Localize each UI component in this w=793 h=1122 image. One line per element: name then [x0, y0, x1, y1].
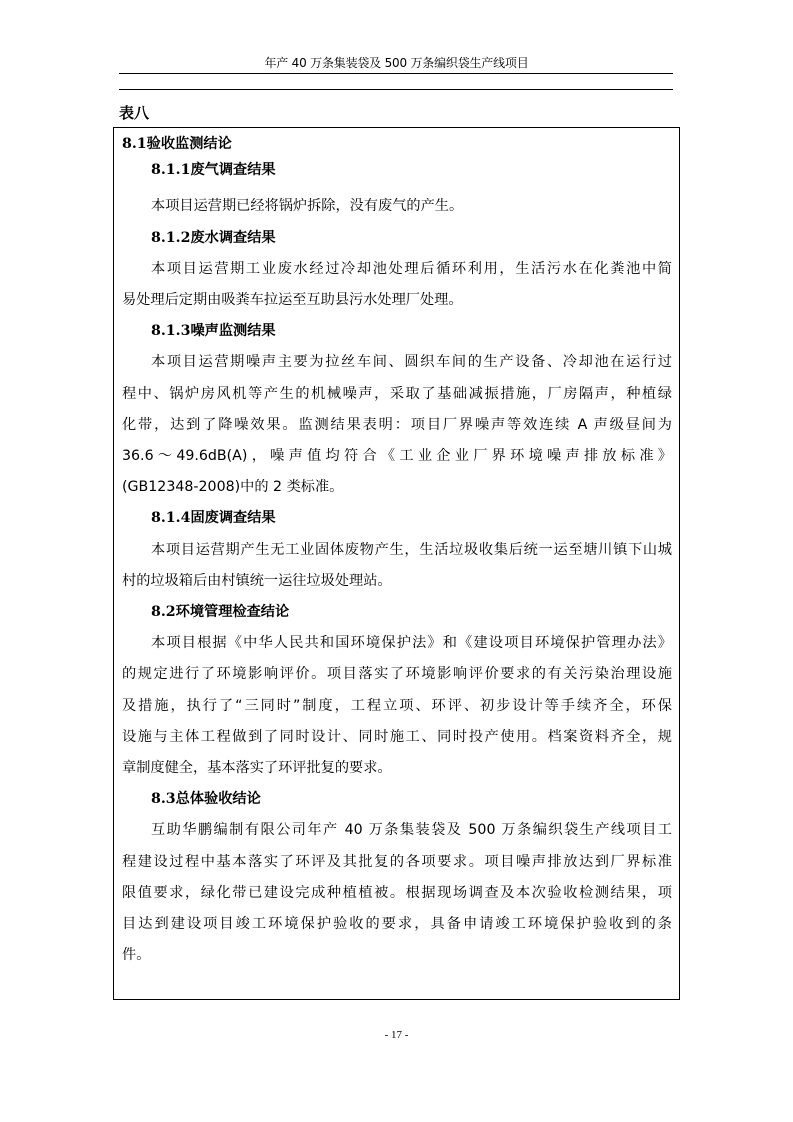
paragraph-line: 化带，达到了降噪效果。监测结果表明：项目厂界噪声等效连续 A 声级昼间为 [122, 415, 672, 435]
paragraph-line: 易处理后定期由吸粪车拉运至互助县污水处理厂处理。 [122, 290, 463, 310]
paragraph-line: (GB12348-2008)中的 2 类标准。 [122, 477, 343, 497]
page-header-title: 年产 40 万条集装袋及 500 万条编织袋生产线项目 [0, 54, 793, 71]
paragraph-line: 设施与主体工程做到了同时设计、同时施工、同时投产使用。档案资料齐全，规 [122, 727, 672, 747]
paragraph-line: 的规定进行了环境影响评价。项目落实了环境影响评价要求的有关污染治理设施 [122, 664, 672, 684]
paragraph-line: 章制度健全，基本落实了环评批复的要求。 [122, 758, 392, 778]
paragraph-line: 村的垃圾箱后由村镇统一运往垃圾处理站。 [122, 571, 392, 591]
heading-8-1: 8.1验收监测结论 [122, 134, 232, 154]
paragraph-line: 本项目运营期工业废水经过冷却池处理后循环利用，生活污水在化粪池中简 [151, 259, 672, 279]
heading-8-1-1: 8.1.1废气调查结果 [151, 160, 276, 180]
paragraph-line: 程中、锅炉房风机等产生的机械噪声，采取了基础减振措施，厂房隔声，种植绿 [122, 384, 672, 404]
paragraph-line: 本项目运营期产生无工业固体废物产生，生活垃圾收集后统一运至塘川镇下山城 [151, 540, 672, 560]
heading-8-3: 8.3总体验收结论 [151, 789, 261, 809]
heading-8-1-4: 8.1.4固废调查结果 [151, 508, 276, 528]
table-label: 表八 [119, 102, 149, 123]
paragraph-line: 件。 [122, 945, 150, 965]
heading-8-1-3: 8.1.3噪声监测结果 [151, 321, 276, 341]
paragraph-line: 本项目运营期噪声主要为拉丝车间、圆织车间的生产设备、冷却池在运行过 [151, 352, 672, 372]
paragraph-line: 36.6～49.6dB(A)，噪声值均符合《工业企业厂界环境噪声排放标准》 [122, 446, 672, 466]
paragraph-line: 目达到建设项目竣工环境保护验收的要求，具备申请竣工环境保护验收到的条 [122, 914, 672, 934]
heading-8-2: 8.2环境管理检查结论 [151, 602, 289, 622]
paragraph-line: 本项目运营期已经将锅炉拆除，没有废气的产生。 [151, 196, 463, 216]
header-rule-bottom [119, 89, 673, 90]
paragraph-line: 本项目根据《中华人民共和国环境保护法》和《建设项目环境保护管理办法》 [151, 633, 672, 653]
paragraph-line: 互助华鹏编制有限公司年产 40 万条集装袋及 500 万条编织袋生产线项目工 [151, 820, 672, 840]
header-rule-top [119, 73, 673, 74]
heading-8-1-2: 8.1.2废水调查结果 [151, 228, 276, 248]
paragraph-line: 程建设过程中基本落实了环评及其批复的各项要求。项目噪声排放达到厂界标准 [122, 852, 672, 872]
paragraph-line: 及措施，执行了“三同时”制度，工程立项、环评、初步设计等手续齐全，环保 [122, 696, 672, 716]
page-number: - 17 - [0, 1029, 793, 1041]
paragraph-line: 限值要求，绿化带已建设完成种植植被。根据现场调查及本次验收检测结果，项 [122, 883, 672, 903]
